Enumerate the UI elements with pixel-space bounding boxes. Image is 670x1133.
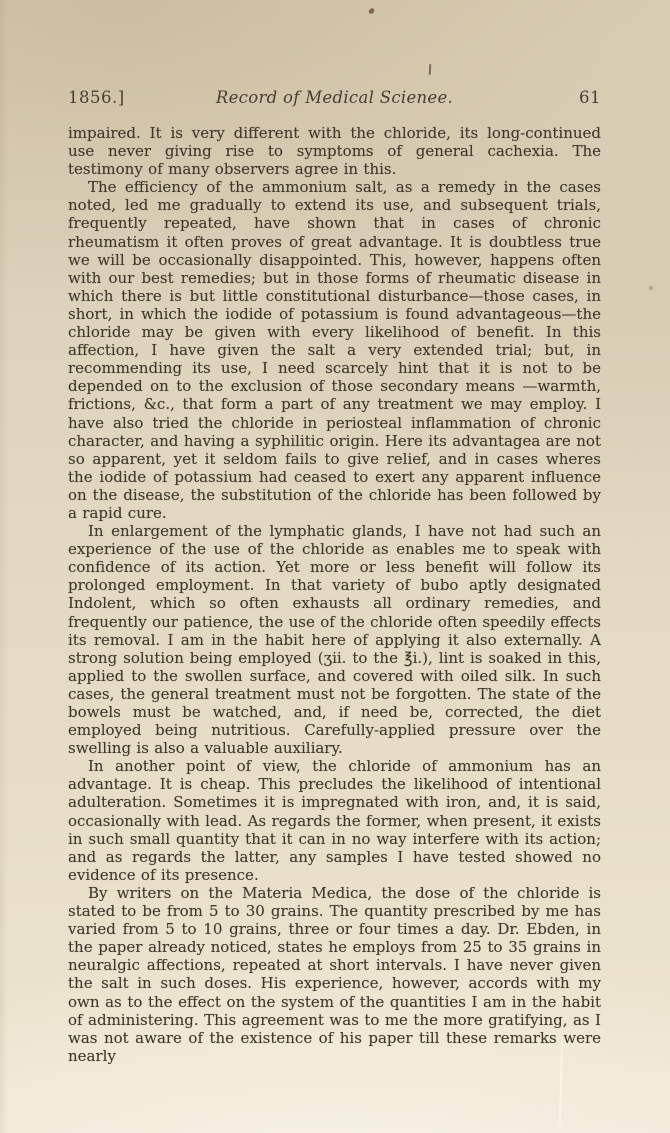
page-number: 61 [491,88,601,107]
body-paragraph: The efficiency of the ammonium salt, as … [68,178,601,522]
body-paragraph: In another point of view, the chloride o… [68,757,601,884]
stray-tick-mark [429,64,432,75]
page-body-text: impaired. It is very different with the … [68,124,601,1065]
running-title: Record of Medical Scienee. [178,88,491,107]
paper-speck [649,286,653,290]
body-paragraph: By writers on the Materia Medica, the do… [68,884,601,1065]
body-paragraph: In enlargement of the lymphatic glands, … [68,522,601,757]
body-paragraph: impaired. It is very different with the … [68,124,601,178]
scanned-book-page: 1856.] Record of Medical Scienee. 61 imp… [0,0,670,1133]
ink-speck [368,7,375,15]
running-header: 1856.] Record of Medical Scienee. 61 [68,88,601,107]
header-year: 1856.] [68,88,178,107]
page-edge-shadow [0,0,8,1133]
